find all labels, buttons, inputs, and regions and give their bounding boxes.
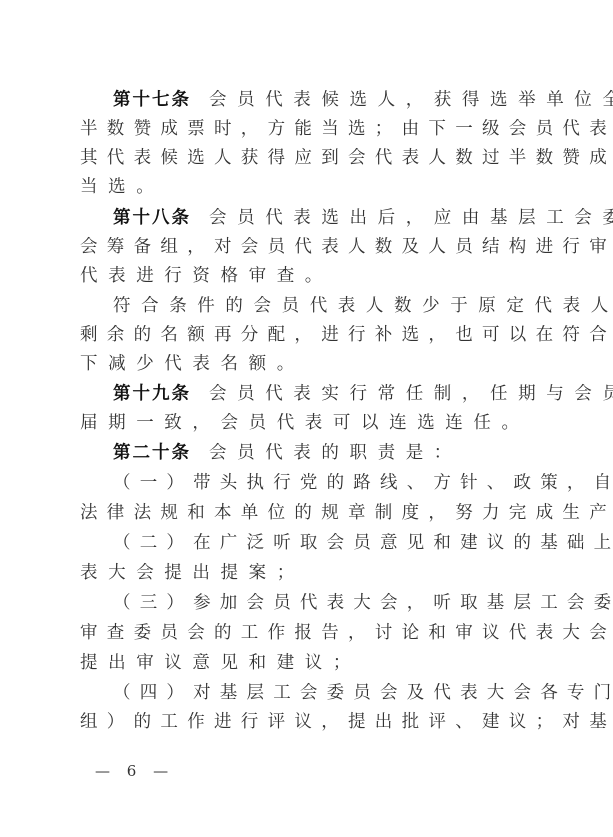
article-17-line-2: 半数赞成票时，方能当选；由下一级会员代表大会选举时， — [80, 116, 540, 142]
document-page: 第十七条会员代表候选人，获得选举单位全体会员过 半数赞成票时，方能当选；由下一级… — [0, 0, 613, 837]
article-17-line-3: 其代表候选人获得应到会代表人数过半数赞成票时，方能 — [80, 145, 540, 171]
duty-item-3-line-1: （三）参加会员代表大会，听取基层工会委员会和经费 — [113, 590, 573, 616]
article-18-line-3: 代表进行资格审查。 — [80, 263, 540, 289]
article-17-heading: 第十七条 — [113, 90, 191, 110]
duty-item-2-line-2: 表大会提出提案； — [80, 560, 540, 586]
duty-item-2-line-1: （二）在广泛听取会员意见和建议的基础上，向会员代 — [113, 530, 573, 556]
article-text: 会员代表的职责是： — [209, 443, 462, 463]
paragraph-supplement-line-2: 剩余的名额再分配，进行补选，也可以在符合规定人数情况 — [80, 322, 540, 348]
article-20-line-1: 第二十条会员代表的职责是： — [113, 440, 573, 466]
duty-item-1-line-1: （一）带头执行党的路线、方针、政策，自觉遵守国家 — [113, 470, 573, 496]
duty-item-4-line-2: 组）的工作进行评议，提出批评、建议；对基层工会主席、 — [80, 709, 540, 735]
duty-item-3-line-2: 审查委员会的工作报告，讨论和审议代表大会的各项议题， — [80, 620, 540, 646]
paragraph-supplement-line-1: 符合条件的会员代表人数少于原定代表人数的，可以把 — [113, 293, 573, 319]
paragraph-supplement-line-3: 下减少代表名额。 — [80, 351, 540, 377]
article-18-heading: 第十八条 — [113, 208, 191, 228]
duty-item-3-line-3: 提出审议意见和建议； — [80, 650, 540, 676]
article-17-line-1: 第十七条会员代表候选人，获得选举单位全体会员过 — [113, 87, 573, 113]
article-text: 会员代表实行常任制，任期与会员代表大会 — [209, 384, 613, 404]
article-text: 会员代表选出后，应由基层工会委员会或工 — [209, 208, 613, 228]
article-19-heading: 第十九条 — [113, 384, 191, 404]
article-19-line-2: 届期一致，会员代表可以连选连任。 — [80, 410, 540, 436]
article-20-heading: 第二十条 — [113, 443, 191, 463]
page-number: — 6 — — [95, 760, 174, 782]
article-17-line-4: 当选。 — [80, 174, 540, 200]
article-18-line-1: 第十八条会员代表选出后，应由基层工会委员会或工 — [113, 205, 573, 231]
article-text: 会员代表候选人，获得选举单位全体会员过 — [209, 90, 613, 110]
article-19-line-1: 第十九条会员代表实行常任制，任期与会员代表大会 — [113, 381, 573, 407]
article-18-line-2: 会筹备组，对会员代表人数及人员结构进行审核，并对会员 — [80, 234, 540, 260]
duty-item-4-line-1: （四）对基层工会委员会及代表大会各专门委员会（小 — [113, 680, 573, 706]
duty-item-1-line-2: 法律法规和本单位的规章制度，努力完成生产、工作任务； — [80, 500, 540, 526]
